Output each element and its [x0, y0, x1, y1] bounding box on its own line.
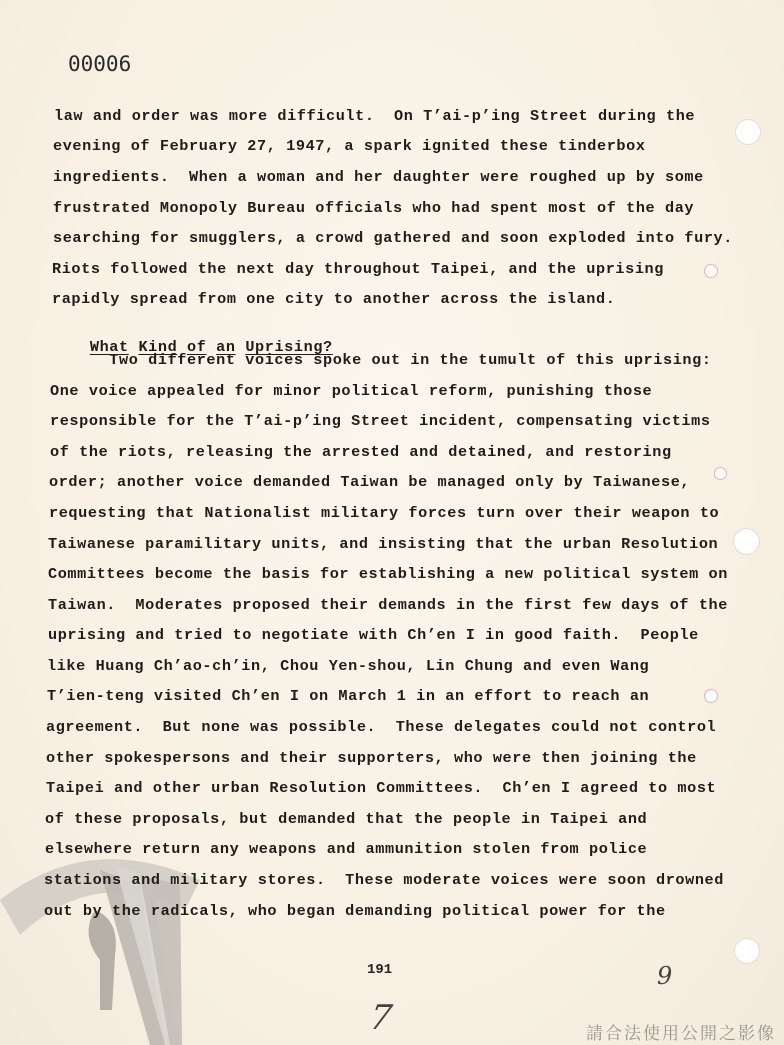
document-page: 00006 law and order was more difficult. … — [0, 0, 784, 1045]
text-line: like Huang Ch’ao-ch’in, Chou Yen-shou, L… — [47, 657, 649, 675]
text-line: agreement. But none was possible. These … — [46, 718, 716, 736]
text-line: of these proposals, but demanded that th… — [45, 810, 647, 828]
text-line: Riots followed the next day throughout T… — [52, 260, 664, 278]
text-line: One voice appealed for minor political r… — [50, 382, 652, 400]
binder-hole — [714, 467, 727, 480]
text-line: order; another voice demanded Taiwan be … — [49, 473, 690, 491]
text-line: of the riots, releasing the arrested and… — [50, 443, 672, 461]
text-line: ingredients. When a woman and her daught… — [53, 168, 704, 186]
binder-hole — [704, 264, 718, 278]
binder-hole — [735, 119, 761, 145]
text-line: other spokespersons and their supporters… — [46, 749, 697, 767]
archive-stamp-number: 00006 — [68, 52, 131, 76]
text-line: law and order was more difficult. On T’a… — [54, 107, 695, 125]
text-line: Taiwanese paramilitary units, and insist… — [48, 535, 718, 553]
text-line: Taipei and other urban Resolution Commit… — [46, 779, 716, 797]
text-line: responsible for the T’ai-p’ing Street in… — [50, 412, 711, 430]
text-line: searching for smugglers, a crowd gathere… — [53, 229, 733, 247]
page-number: 191 — [367, 962, 392, 978]
binder-hole — [704, 689, 718, 703]
text-line: T’ien-teng visited Ch’en I on March 1 in… — [47, 687, 649, 705]
text-line: Committees become the basis for establis… — [48, 565, 728, 583]
binder-hole — [734, 938, 760, 964]
text-line: stations and military stores. These mode… — [44, 871, 724, 889]
text-line: frustrated Monopoly Bureau officials who… — [53, 199, 694, 217]
text-line: Two different voices spoke out in the tu… — [51, 351, 712, 369]
handwritten-annotation: 9 — [657, 962, 672, 990]
text-line: Taiwan. Moderates proposed their demands… — [48, 596, 728, 614]
text-line: requesting that Nationalist military for… — [49, 504, 719, 522]
text-line: rapidly spread from one city to another … — [52, 290, 615, 308]
handwritten-annotation: 7 — [367, 998, 394, 1038]
usage-notice-watermark: 請合法使用公開之影像 — [586, 1019, 776, 1044]
text-line: out by the radicals, who began demanding… — [44, 902, 666, 920]
text-line: elsewhere return any weapons and ammunit… — [45, 840, 647, 858]
binder-hole — [733, 528, 760, 555]
text-line: uprising and tried to negotiate with Ch’… — [48, 626, 699, 644]
text-line: evening of February 27, 1947, a spark ig… — [53, 137, 646, 155]
